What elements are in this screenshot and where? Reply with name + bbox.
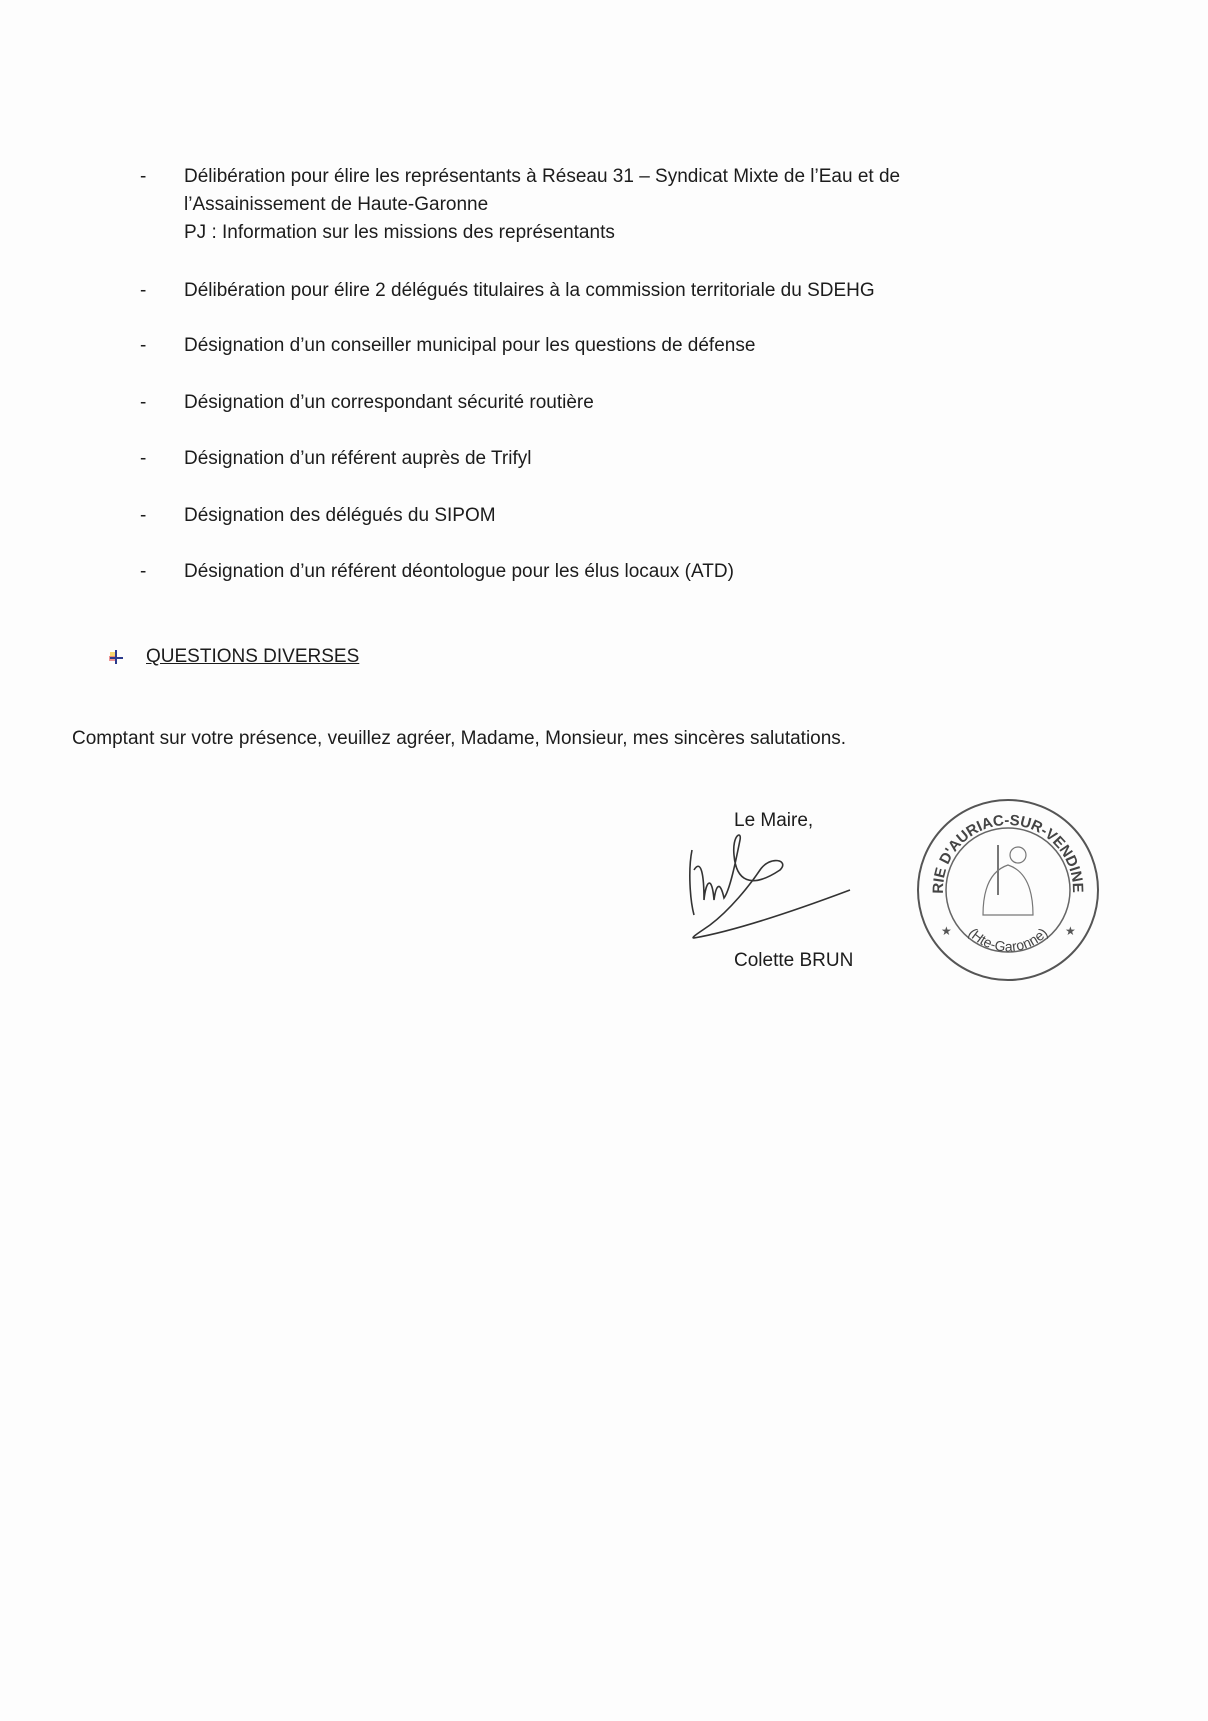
agenda-item-line: Désignation d’un conseiller municipal po…: [184, 332, 1014, 360]
closing-sentence: Comptant sur votre présence, veuillez ag…: [72, 725, 846, 753]
dash-bullet: -: [140, 445, 160, 473]
dash-bullet: -: [140, 277, 160, 305]
dash-bullet: -: [140, 389, 160, 417]
section-title: QUESTIONS DIVERSES: [146, 643, 359, 671]
svg-text:MAIRIE D'AURIAC-SUR-VENDINELLE: MAIRIE D'AURIAC-SUR-VENDINELLE: [913, 795, 1086, 894]
dash-bullet: -: [140, 163, 160, 191]
dash-bullet: -: [140, 332, 160, 360]
agenda-item-line: Délibération pour élire 2 délégués titul…: [184, 277, 1014, 305]
svg-text:★: ★: [941, 924, 952, 938]
handwritten-signature: [680, 830, 910, 970]
document-page: - Délibération pour élire les représenta…: [0, 0, 1208, 1721]
signatory-role: Le Maire,: [734, 810, 813, 832]
agenda-item-attachment: PJ : Information sur les missions des re…: [184, 219, 1014, 247]
agenda-item-line: Désignation d’un référent auprès de Trif…: [184, 445, 1014, 473]
agenda-item-line: Délibération pour élire les représentant…: [184, 163, 1014, 191]
colored-cross-bullet-icon: [108, 649, 124, 665]
svg-text:(Hte-Garonne): (Hte-Garonne): [965, 925, 1050, 955]
dash-bullet: -: [140, 558, 160, 586]
svg-text:★: ★: [1065, 924, 1076, 938]
dash-bullet: -: [140, 502, 160, 530]
signatory-name: Colette BRUN: [734, 950, 853, 972]
agenda-item-line: Désignation des délégués du SIPOM: [184, 502, 1014, 530]
agenda-item-line: Désignation d’un correspondant sécurité …: [184, 389, 1014, 417]
official-stamp: MAIRIE D'AURIAC-SUR-VENDINELLE (Hte-Garo…: [913, 795, 1103, 985]
agenda-item-line: Désignation d’un référent déontologue po…: [184, 558, 1014, 586]
agenda-item-line: l’Assainissement de Haute-Garonne: [184, 191, 1014, 219]
